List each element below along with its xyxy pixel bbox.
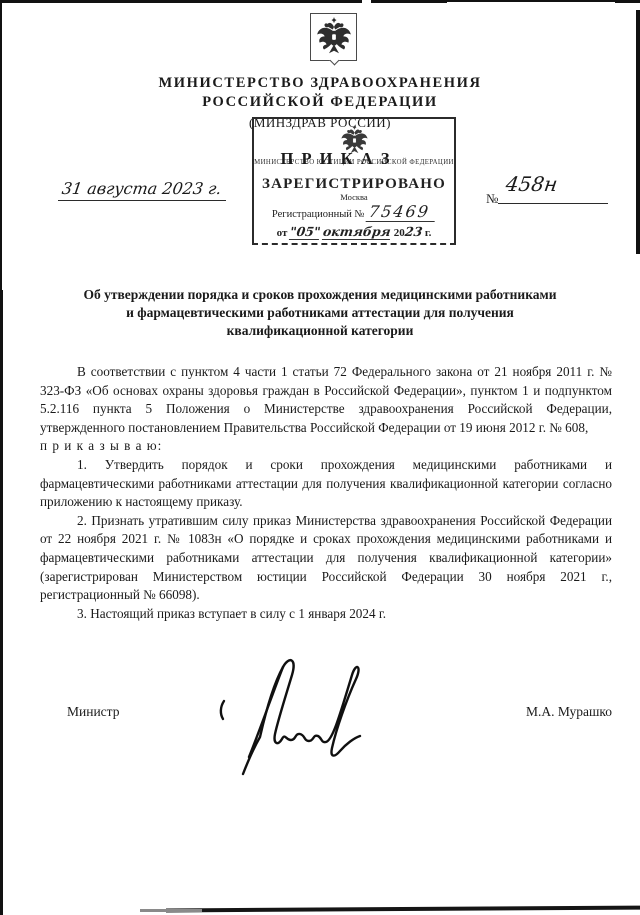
- scan-edge-right: [636, 10, 640, 254]
- coat-of-arms-icon: [314, 16, 354, 58]
- document-body: В соответствии с пунктом 4 части 1 стать…: [40, 363, 612, 623]
- stamp-date-day-handwritten: "05": [289, 224, 322, 240]
- order-item-2: 2. Признать утратившим силу приказ Минис…: [40, 512, 612, 605]
- document-title: Об утверждении порядка и сроков прохожде…: [0, 286, 640, 340]
- preamble-paragraph: В соответствии с пунктом 4 части 1 стать…: [40, 363, 612, 437]
- scan-edge-left-lower: [0, 290, 3, 915]
- stamp-date-month-handwritten: октября: [322, 224, 392, 240]
- stamp-city: Москва: [254, 192, 454, 202]
- ministry-name-line2: РОССИЙСКОЙ ФЕДЕРАЦИИ: [0, 93, 640, 112]
- stamp-registered-label: ЗАРЕГИСТРИРОВАНО: [254, 176, 454, 193]
- document-title-line2: и фармацевтическими работниками аттестац…: [0, 304, 640, 322]
- minister-signature-icon: [205, 653, 370, 781]
- scan-edge-top-gap: [362, 0, 371, 3]
- scan-edge-bottom: [166, 906, 640, 913]
- scan-edge-bottom-gray: [140, 909, 202, 912]
- stamp-date-year-handwritten: 23: [404, 224, 424, 239]
- scan-edge-top-thin: [447, 2, 615, 3]
- scanned-order-document: МИНИСТЕРСТВО ЗДРАВООХРАНЕНИЯ РОССИЙСКОЙ …: [0, 0, 640, 915]
- justice-ministry-registration-stamp: МИНИСТЕРСТВО ЮСТИЦИИ РОССИЙСКОЙ ФЕДЕРАЦИ…: [252, 117, 456, 245]
- document-title-line3: квалификационной категории: [0, 322, 640, 340]
- order-number-sign: №: [486, 191, 498, 207]
- document-title-line1: Об утверждении порядка и сроков прохожде…: [0, 286, 640, 304]
- document-type-heading: П Р И К А З: [0, 149, 640, 169]
- stamp-date-suffix: г.: [425, 227, 432, 239]
- order-date-handwritten: 31 августа 2023 г.: [61, 179, 223, 198]
- stamp-registration-line: Регистрационный № 75469: [254, 202, 454, 222]
- coat-of-arms-frame: [310, 13, 357, 61]
- stamp-date-line: от "05" октября 2023 г.: [254, 224, 454, 240]
- order-number-handwritten: 458н: [504, 172, 559, 196]
- stamp-date-prefix: от: [277, 227, 288, 239]
- stamp-registration-label: Регистрационный №: [272, 209, 365, 220]
- order-item-3: 3. Настоящий приказ вступает в силу с 1 …: [40, 605, 612, 624]
- order-date-field: 31 августа 2023 г.: [58, 179, 226, 201]
- decree-word: п р и к а з ы в а ю:: [40, 437, 612, 456]
- ministry-name-line1: МИНИСТЕРСТВО ЗДРАВООХРАНЕНИЯ: [0, 74, 640, 93]
- order-number-underline: [498, 203, 608, 204]
- stamp-registration-number-handwritten: 75469: [366, 202, 438, 222]
- order-item-1: 1. Утвердить порядок и сроки прохождения…: [40, 456, 612, 512]
